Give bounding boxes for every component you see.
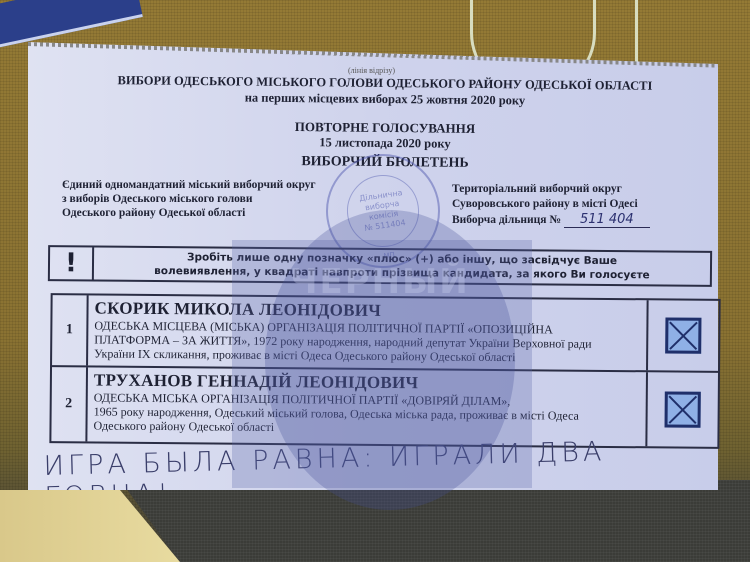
voting-instructions: ! Зробіть лише одну позначку «плюс» (+) … [48,245,712,287]
station-label: Виборча дільниця № [452,214,561,226]
vote-box-cell [648,300,719,371]
cut-line-note: (лінія відрізу) [348,66,395,75]
candidate-table: 1 СКОРИК МИКОЛА ЛЕОНІДОВИЧ ОДЕСЬКА МІСЦЕ… [49,293,720,449]
district-info-right: Територіальний виборчий округ Суворовськ… [452,182,650,228]
candidate-info: ТРУХАНОВ ГЕННАДІЙ ЛЕОНІДОВИЧ ОДЕСЬКА МІС… [87,367,648,446]
polling-station: Виборча дільниця № 511 404 [452,212,650,228]
ballot-paper: (лінія відрізу) ВИБОРИ ОДЕСЬКОГО МІСЬКОГ… [28,42,718,490]
candidate-number: 2 [51,367,88,441]
district-right-line: Територіальний виборчий округ [452,182,650,197]
candidate-info: СКОРИК МИКОЛА ЛЕОНІДОВИЧ ОДЕСЬКА МІСЦЕВА… [88,295,649,370]
district-right-line: Суворовського району в місті Одесі [452,197,650,212]
vote-checkbox-marked[interactable] [665,317,701,353]
district-left-line: Єдиний одномандатний міський виборчий ок… [62,178,316,192]
station-number: 511 404 [564,212,650,228]
exclamation-icon: ! [50,247,94,279]
district-info-left: Єдиний одномандатний міський виборчий ок… [62,178,316,220]
candidate-row: 2 ТРУХАНОВ ГЕННАДІЙ ЛЕОНІДОВИЧ ОДЕСЬКА М… [51,367,718,447]
vote-checkbox-marked[interactable] [665,391,701,427]
stamp-inner: Дільнична виборча комісія № 511404 [342,170,423,251]
candidate-row: 1 СКОРИК МИКОЛА ЛЕОНІДОВИЧ ОДЕСЬКА МІСЦЕ… [52,295,719,373]
district-left-line: з виборів Одеського міського голови [62,192,316,206]
district-left-line: Одеського району Одеської області [62,206,316,220]
instruction-text: Зробіть лише одну позначку «плюс» (+) аб… [94,248,710,285]
dark-fabric-background [120,480,750,562]
candidate-number: 1 [52,295,89,365]
